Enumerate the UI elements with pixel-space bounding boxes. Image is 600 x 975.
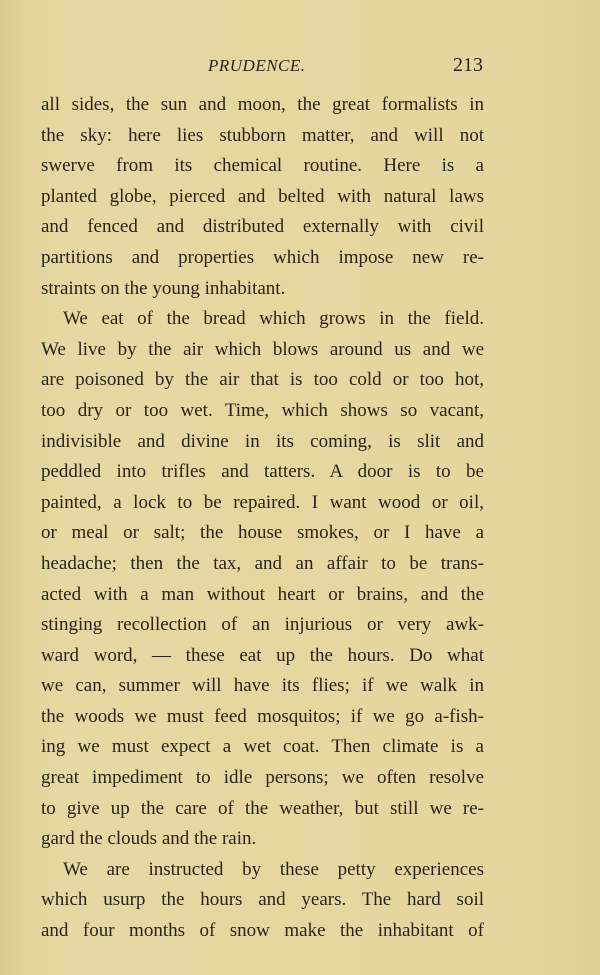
text-line: stinging recollection of an injurious or… xyxy=(41,610,484,641)
text-line: to give up the care of the weather, but … xyxy=(41,794,484,825)
text-line: ward word, — these eat up the hours. Do … xyxy=(41,641,484,672)
text-line: indivisible and divine in its coming, is… xyxy=(41,427,484,458)
text-line: straints on the young inhabitant. xyxy=(41,274,484,305)
text-line: partitions and properties which impose n… xyxy=(41,243,484,274)
text-line: acted with a man without heart or brains… xyxy=(41,580,484,611)
text-line: ing we must expect a wet coat. Then clim… xyxy=(41,732,484,763)
text-line: or meal or salt; the house smokes, or I … xyxy=(41,518,484,549)
text-line: the woods we must feed mosquitos; if we … xyxy=(41,702,484,733)
text-line: and fenced and distributed externally wi… xyxy=(41,212,484,243)
text-line: too dry or too wet. Time, which shows so… xyxy=(41,396,484,427)
text-line: are poisoned by the air that is too cold… xyxy=(41,365,484,396)
book-page: PRUDENCE. 213 all sides, the sun and moo… xyxy=(0,0,600,975)
text-line: and four months of snow make the inhabit… xyxy=(41,916,484,947)
text-line: which usurp the hours and years. The har… xyxy=(41,885,484,916)
text-line: the sky: here lies stubborn matter, and … xyxy=(41,121,484,152)
page-number: 213 xyxy=(453,54,483,77)
text-line: gard the clouds and the rain. xyxy=(41,824,484,855)
paragraph-start-line: We eat of the bread which grows in the f… xyxy=(41,304,484,335)
text-line: swerve from its chemical routine. Here i… xyxy=(41,151,484,182)
running-title: PRUDENCE. xyxy=(208,56,306,76)
body-text: all sides, the sun and moon, the great f… xyxy=(41,90,484,947)
text-line: We live by the air which blows around us… xyxy=(41,335,484,366)
text-line: we can, summer will have its flies; if w… xyxy=(41,671,484,702)
running-head: PRUDENCE. 213 xyxy=(40,56,483,86)
paragraph-start-line: We are instructed by these petty experie… xyxy=(41,855,484,886)
text-line: all sides, the sun and moon, the great f… xyxy=(41,90,484,121)
text-line: planted globe, pierced and belted with n… xyxy=(41,182,484,213)
text-line: peddled into trifles and tatters. A door… xyxy=(41,457,484,488)
text-line: painted, a lock to be repaired. I want w… xyxy=(41,488,484,519)
text-line: great impediment to idle persons; we oft… xyxy=(41,763,484,794)
text-line: headache; then the tax, and an affair to… xyxy=(41,549,484,580)
